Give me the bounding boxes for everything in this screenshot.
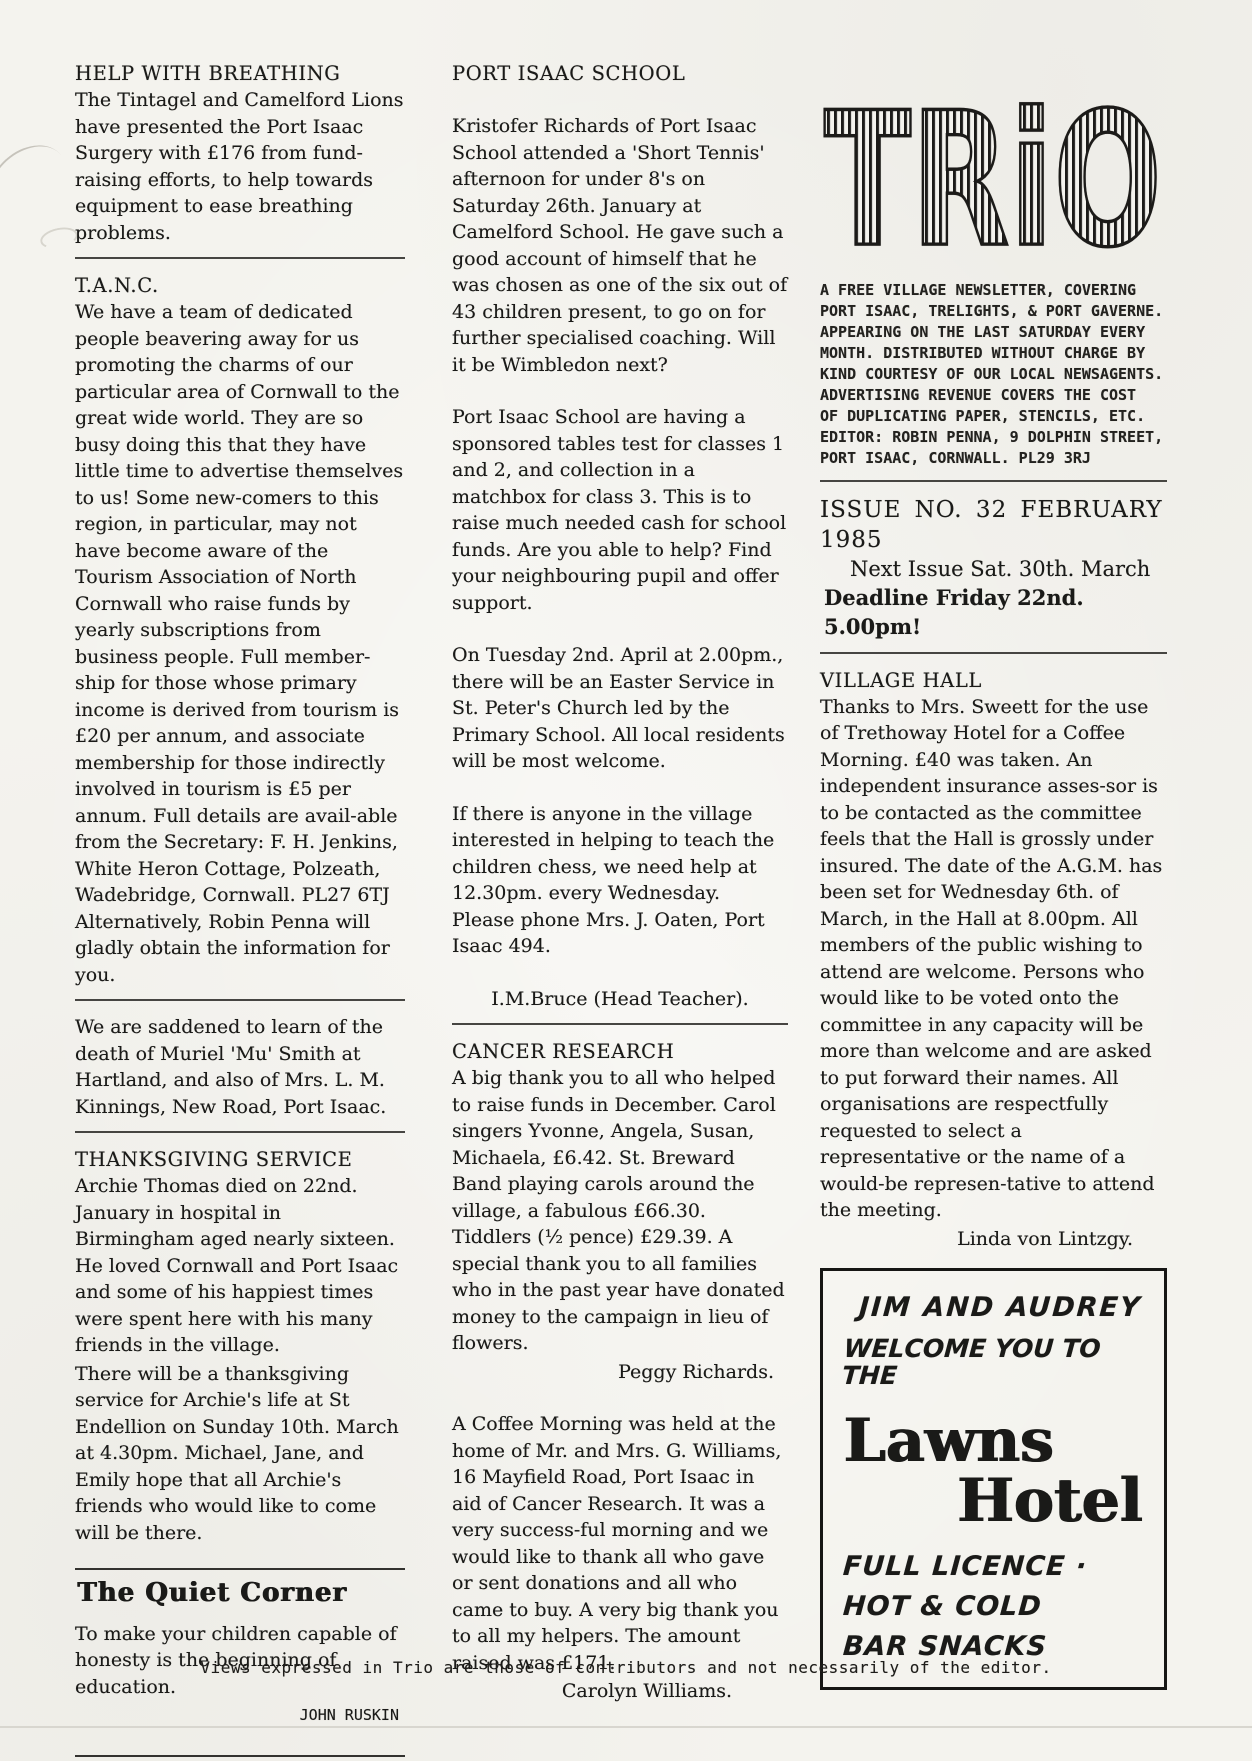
- article-thanksgiving-service: THANKSGIVING SERVICE Archie Thomas died …: [75, 1146, 405, 1546]
- article-heading: PORT ISAAC SCHOOL: [452, 60, 788, 87]
- advert-line: HOT & COLD: [842, 1587, 1150, 1627]
- next-issue-line: Next Issue Sat. 30th. March: [850, 555, 1167, 583]
- article-heading: THANKSGIVING SERVICE: [75, 1146, 405, 1173]
- article-paragraph: Archie Thomas died on 22nd. January in h…: [75, 1173, 405, 1359]
- trio-logo-text: TRiO: [824, 73, 1162, 262]
- article-signature: Linda von Lintzgy.: [820, 1226, 1167, 1253]
- article-paragraph: We are saddened to learn of the death of…: [75, 1014, 405, 1120]
- issue-number-line: ISSUE NO. 32 FEBRUARY 1985: [820, 495, 1167, 555]
- trio-masthead-logo: TRiO: [820, 62, 1167, 270]
- article-heading: VILLAGE HALL: [820, 667, 1167, 694]
- section-divider: [452, 1023, 788, 1025]
- article-paragraph: We have a team of dedicated people beave…: [75, 299, 405, 988]
- article-signature: Peggy Richards.: [452, 1359, 788, 1386]
- article-village-hall: VILLAGE HALL Thanks to Mrs. Sweett for t…: [820, 667, 1167, 1253]
- advert-line: FULL LICENCE ·: [842, 1547, 1150, 1587]
- article-obituary-note: We are saddened to learn of the death of…: [75, 1014, 405, 1120]
- editorial-disclaimer: Views expressed in Trio are those of con…: [0, 1658, 1252, 1677]
- article-paragraph: Thanks to Mrs. Sweett for the use of Tre…: [820, 694, 1167, 1224]
- section-divider: [75, 1131, 405, 1133]
- right-column: TRiO A FREE VILLAGE NEWSLETTER, COVERING…: [820, 56, 1167, 1690]
- article-paragraph: The Tintagel and Camelford Lions have pr…: [75, 87, 405, 246]
- article-cancer-research: CANCER RESEARCH A big thank you to all w…: [452, 1038, 788, 1705]
- page-edge-scan-line: [0, 1726, 1252, 1728]
- article-paragraph: Kristofer Richards of Port Isaac School …: [452, 113, 788, 378]
- article-paragraph: A Coffee Morning was held at the home of…: [452, 1411, 788, 1676]
- article-heading: HELP WITH BREATHING: [75, 60, 405, 87]
- quiet-corner-attribution: JOHN RUSKIN: [75, 1702, 405, 1729]
- trio-logo-graphic: TRiO: [820, 62, 1167, 262]
- article-paragraph: If there is anyone in the village intere…: [452, 801, 788, 960]
- article-signature: I.M.Bruce (Head Teacher).: [452, 986, 788, 1013]
- middle-column: PORT ISAAC SCHOOL Kristofer Richards of …: [452, 60, 788, 1705]
- section-divider: [820, 652, 1167, 654]
- article-paragraph: Port Isaac School are having a sponsored…: [452, 404, 788, 616]
- article-paragraph: There will be a thanksgiving service for…: [75, 1361, 405, 1547]
- article-port-isaac-school: PORT ISAAC SCHOOL Kristofer Richards of …: [452, 60, 788, 1012]
- article-paragraph: On Tuesday 2nd. April at 2.00pm., there …: [452, 642, 788, 775]
- newsletter-page: { "col1": { "s1_heading": "HELP WITH BRE…: [0, 0, 1252, 1761]
- section-divider: [820, 480, 1167, 482]
- masthead-description: A FREE VILLAGE NEWSLETTER, COVERING PORT…: [820, 280, 1167, 469]
- scan-scratch-mark: [0, 131, 80, 232]
- advert-hotel-name: Hotel: [841, 1469, 1148, 1533]
- issue-info-block: ISSUE NO. 32 FEBRUARY 1985 Next Issue Sa…: [820, 495, 1167, 641]
- article-signature: Carolyn Williams.: [452, 1678, 788, 1705]
- scan-smudge-mark: [38, 224, 79, 251]
- article-help-with-breathing: HELP WITH BREATHING The Tintagel and Cam…: [75, 60, 405, 246]
- lawns-hotel-advert: JIM AND AUDREY WELCOME YOU TO THE Lawns …: [820, 1268, 1167, 1690]
- advert-line: WELCOME YOU TO THE: [841, 1336, 1150, 1389]
- advert-line: JIM AND AUDREY: [858, 1295, 1149, 1322]
- article-tanc: T.A.N.C. We have a team of dedicated peo…: [75, 272, 405, 988]
- left-column: HELP WITH BREATHING The Tintagel and Cam…: [75, 60, 405, 1757]
- section-divider: [75, 999, 405, 1001]
- section-divider: [75, 257, 405, 259]
- deadline-line: Deadline Friday 22nd. 5.00pm!: [824, 583, 1167, 641]
- article-heading: CANCER RESEARCH: [452, 1038, 788, 1065]
- article-heading: T.A.N.C.: [75, 272, 405, 299]
- article-paragraph: A big thank you to all who helped to rai…: [452, 1065, 788, 1357]
- advert-hotel-name: Lawns: [843, 1409, 1148, 1473]
- quiet-corner-title: The Quiet Corner: [77, 1580, 405, 1607]
